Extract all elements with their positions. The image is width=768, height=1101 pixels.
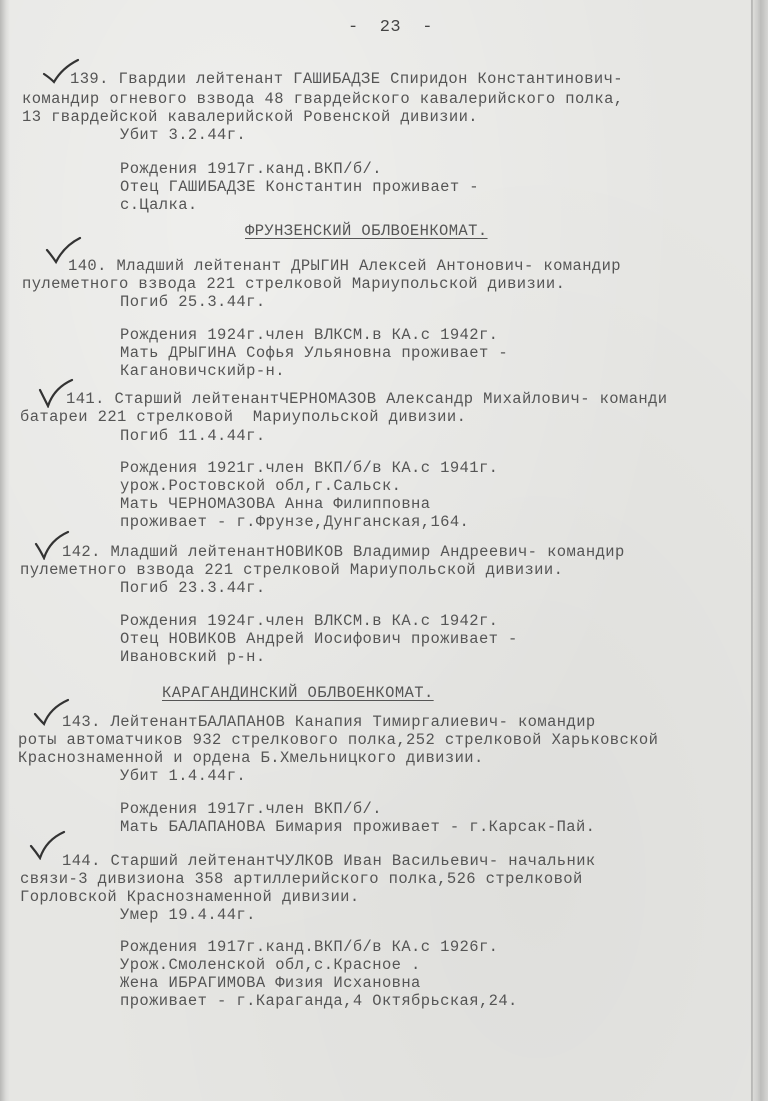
entry-139-detail-3: с.Цалка. [120,196,198,214]
entry-142-detail-1: Рождения 1924г.член ВЛКСМ.в КА.с 1942г. [120,612,498,630]
entry-143-detail-2: Мать БАЛАПАНОВА Бимария проживает - г.Ка… [120,818,595,836]
entry-142-number: 142. Младший лейтенантНОВИКОВ Владимир А… [62,543,625,561]
entry-139-line-2: командир огневого взвода 48 гвардейского… [22,90,624,108]
entry-141-detail-3: Мать ЧЕРНОМАЗОВА Анна Филипповна [120,495,430,513]
page-number: - 23 - [348,18,433,37]
entry-141-detail-4: проживает - г.Фрунзе,Дунганская,164. [120,513,469,531]
entry-143-number: 143. ЛейтенантБАЛАПАНОВ Канапия Тимиргал… [62,713,596,731]
entry-140-detail-1: Рождения 1924г.член ВЛКСМ.в КА.с 1942г. [120,326,498,344]
entry-142-line-2: пулеметного взвода 221 стрелковой Мариуп… [20,561,563,579]
entry-142-detail-2: Отец НОВИКОВ Андрей Иосифович проживает … [120,630,518,648]
entry-140-line-2: пулеметного взвода 221 стрелковой Мариуп… [22,275,565,293]
entry-144-line-3: Горловской Краснознаменной дивизии. [20,888,360,906]
entry-142-detail-3: Ивановский р-н. [120,648,266,666]
entry-140-number: 140. Младший лейтенант ДРЫГИН Алексей Ан… [68,257,621,275]
entry-139-death: Убит 3.2.44г. [120,126,246,144]
entry-139-detail-1: Рождения 1917г.канд.ВКП/б/. [120,160,382,178]
entry-139-detail-2: Отец ГАШИБАДЗЕ Константин проживает - [120,178,479,196]
entry-141-number: 141. Старший лейтенантЧЕРНОМАЗОВ Алексан… [66,390,668,408]
entry-141-line-2: батареи 221 стрелковой Мариупольской див… [20,408,466,426]
entry-140-detail-2: Мать ДРЫГИНА Софья Ульяновна проживает - [120,344,508,362]
entry-144-detail-3: Жена ИБРАГИМОВА Физия Исхановна [120,974,421,992]
entry-144-detail-2: Урож.Смоленской обл,с.Красное . [120,956,421,974]
entry-143-death: Убит 1.4.44г. [120,767,246,785]
entry-143-detail-1: Рождения 1917г.член ВКП/б/. [120,800,382,818]
entry-141-detail-2: урож.Ростовской обл,г.Сальск. [120,477,401,495]
entry-144-line-2: связи-3 дивизиона 358 артиллерийского по… [20,870,583,888]
document-page: - 23 - 139. Гвардии лейтенант ГАШИБАДЗЕ … [0,0,768,1101]
entry-144-detail-1: Рождения 1917г.канд.ВКП/б/в КА.с 1926г. [120,938,498,956]
entry-143-line-3: Краснознаменной и ордена Б.Хмельницкого … [18,749,484,767]
entry-144-number: 144. Старший лейтенантЧУЛКОВ Иван Василь… [62,852,596,870]
entry-144-death: Умер 19.4.44г. [120,906,256,924]
entry-140-death: Погиб 25.3.44г. [120,293,266,311]
entry-139-line-3: 13 гвардейской кавалерийской Ровенской д… [22,108,478,126]
entry-142-death: Погиб 23.3.44г. [120,579,266,597]
section-heading-karaganda: КАРАГАНДИНСКИЙ ОБЛВОЕНКОМАТ. [162,684,434,702]
entry-141-detail-1: Рождения 1921г.член ВКП/б/в КА.с 1941г. [120,459,498,477]
entry-140-detail-3: Кагановичскийр-н. [120,362,285,380]
entry-139-number: 139. Гвардии лейтенант ГАШИБАДЗЕ Спиридо… [70,70,623,88]
entry-141-death: Погиб 11.4.44г. [120,427,266,445]
section-heading-frunze: ФРУНЗЕНСКИЙ ОБЛВОЕНКОМАТ. [245,222,488,240]
entry-144-detail-4: проживает - г.Караганда,4 Октябрьская,24… [120,992,518,1010]
entry-143-line-2: роты автоматчиков 932 стрелкового полка,… [18,731,658,749]
page-right-edge [750,0,768,1101]
page-left-edge [0,0,10,1101]
